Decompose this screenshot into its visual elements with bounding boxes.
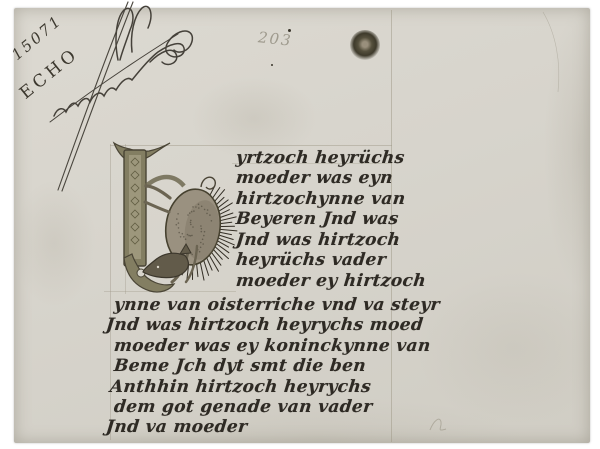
hedgehog-initial-illustration (143, 177, 237, 282)
script-line: Beme Jch dyt smt die ben (113, 356, 367, 376)
script-line: moeder was eyn (235, 168, 394, 188)
hedgehog-front-leg (146, 186, 170, 198)
ink-stain (350, 30, 380, 60)
script-line: Beyeren Jnd was (235, 209, 400, 229)
script-line: Anthhin hirtzoch heyrychs (109, 377, 372, 397)
hedgehog-eye (157, 266, 159, 268)
script-line: ynne van oisterriche vnd va steyr (113, 295, 441, 315)
ink-speck (271, 64, 273, 66)
script-line: dem got genade van vader (113, 397, 374, 417)
script-line: moeder ey hirtzoch (235, 271, 427, 291)
script-line: yrtzoch heyrüchs (235, 148, 406, 168)
script-line: Jnd was hirtzoch heyrychs moed (105, 315, 424, 335)
manuscript-photo: 15071 ECHO 203 H (0, 0, 600, 449)
script-line: heyrüchs vader (235, 250, 387, 270)
script-line: Jnd va moeder (105, 417, 248, 437)
hedgehog-head (143, 253, 188, 277)
script-line: Jnd was hirtzoch (235, 230, 401, 250)
script-line: moeder was ey koninckynne van (113, 336, 432, 356)
pencil-folio-number: 203 (257, 28, 293, 50)
hedgehog-front-leg (145, 202, 169, 212)
script-line: hirtzochynne van (235, 189, 407, 209)
hedgehog-tail (201, 177, 215, 189)
